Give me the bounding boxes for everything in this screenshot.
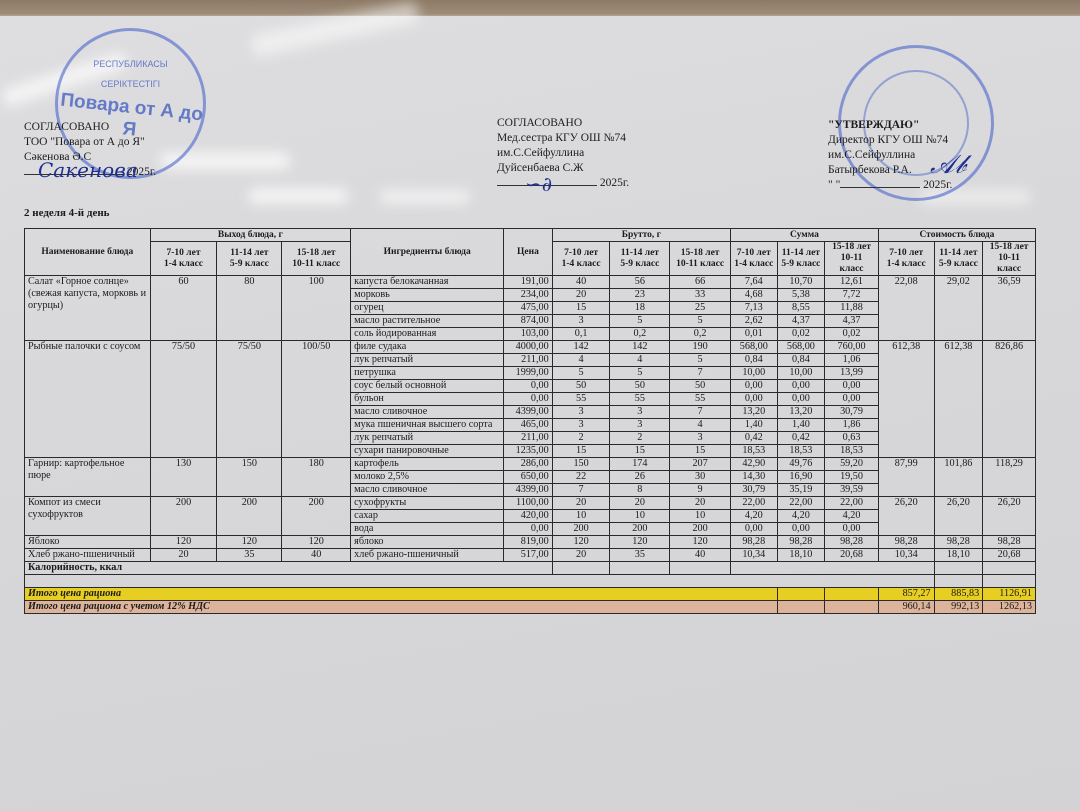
ingredient-name: яблоко bbox=[351, 536, 504, 549]
ingredient-brutto: 55 bbox=[610, 393, 670, 406]
ingredient-sum: 5,38 bbox=[777, 289, 825, 302]
glare-reflection bbox=[380, 190, 470, 204]
dish-yield: 120 bbox=[282, 536, 351, 549]
dish-yield: 20 bbox=[150, 549, 217, 562]
ingredient-sum: 18,53 bbox=[825, 445, 879, 458]
ingredient-sum: 568,00 bbox=[777, 341, 825, 354]
ingredient-price: 1999,00 bbox=[504, 367, 553, 380]
ingredient-sum: 4,37 bbox=[825, 315, 879, 328]
dish-cost: 18,10 bbox=[934, 549, 983, 562]
ingredient-sum: 10,34 bbox=[730, 549, 777, 562]
ingredient-sum: 10,00 bbox=[730, 367, 777, 380]
header-age-group: 11-14 лет5-9 класс bbox=[217, 242, 282, 276]
dish-name: Хлеб ржано-пшеничный bbox=[25, 549, 151, 562]
ingredient-brutto: 3 bbox=[610, 406, 670, 419]
ingredient-sum: 4,68 bbox=[730, 289, 777, 302]
ingredient-name: сахар bbox=[351, 510, 504, 523]
dish-yield: 180 bbox=[282, 458, 351, 497]
calories-value bbox=[983, 562, 1036, 575]
ingredient-sum: 0,00 bbox=[825, 523, 879, 536]
ingredient-name: масло сливочное bbox=[351, 406, 504, 419]
dish-cost: 98,28 bbox=[934, 536, 983, 549]
calories-value bbox=[934, 562, 983, 575]
ingredient-brutto: 20 bbox=[670, 497, 731, 510]
ingredient-brutto: 5 bbox=[610, 367, 670, 380]
ingredient-name: молоко 2,5% bbox=[351, 471, 504, 484]
ingredient-brutto: 190 bbox=[670, 341, 731, 354]
ingredient-sum: 49,76 bbox=[777, 458, 825, 471]
approval-org: ТОО "Повара от А до Я" bbox=[24, 135, 156, 150]
ingredient-brutto: 56 bbox=[610, 276, 670, 289]
ingredient-price: 0,00 bbox=[504, 393, 553, 406]
header-age-group: 11-14 лет5-9 класс bbox=[610, 242, 670, 276]
ingredient-sum: 4,20 bbox=[777, 510, 825, 523]
ingredient-brutto: 200 bbox=[610, 523, 670, 536]
dish-yield: 75/50 bbox=[150, 341, 217, 458]
table-body: Салат «Горное солнце» (свежая капуста, м… bbox=[25, 276, 1036, 614]
ingredient-name: бульон bbox=[351, 393, 504, 406]
ingredient-sum: 0,00 bbox=[777, 523, 825, 536]
ingredient-sum: 1,06 bbox=[825, 354, 879, 367]
ingredient-brutto: 15 bbox=[610, 445, 670, 458]
dish-cost: 22,08 bbox=[878, 276, 934, 341]
table-row: Гарнир: картофельное пюре130150180картоф… bbox=[25, 458, 1036, 471]
ingredient-sum: 13,20 bbox=[730, 406, 777, 419]
ingredient-sum: 16,90 bbox=[777, 471, 825, 484]
ingredient-sum: 22,00 bbox=[825, 497, 879, 510]
ingredient-sum: 0,00 bbox=[825, 380, 879, 393]
approval-block-center: СОГЛАСОВАНО Мед.сестра КГУ ОШ №74 им.С.С… bbox=[497, 116, 629, 191]
ingredient-sum: 568,00 bbox=[730, 341, 777, 354]
ingredient-name: сухофрукты bbox=[351, 497, 504, 510]
ingredient-price: 234,00 bbox=[504, 289, 553, 302]
ingredient-brutto: 40 bbox=[552, 276, 610, 289]
ingredient-price: 420,00 bbox=[504, 510, 553, 523]
dish-name: Рыбные палочки с соусом bbox=[25, 341, 151, 458]
ingredient-name: капуста белокачанная bbox=[351, 276, 504, 289]
ingredient-name: соль йодированная bbox=[351, 328, 504, 341]
ingredient-price: 0,00 bbox=[504, 523, 553, 536]
dish-yield: 100 bbox=[282, 276, 351, 341]
ingredient-name: морковь bbox=[351, 289, 504, 302]
header-age-group: 7-10 лет1-4 класс bbox=[730, 242, 777, 276]
header-age-group: 15-18 лет10-11 класс bbox=[825, 242, 879, 276]
ingredient-brutto: 22 bbox=[552, 471, 610, 484]
ingredient-name: картофель bbox=[351, 458, 504, 471]
ingredient-brutto: 18 bbox=[610, 302, 670, 315]
signature-right: 𝒜𝒷 bbox=[930, 150, 966, 181]
ingredient-price: 4000,00 bbox=[504, 341, 553, 354]
ingredient-sum: 7,64 bbox=[730, 276, 777, 289]
ingredient-sum: 11,88 bbox=[825, 302, 879, 315]
ingredient-brutto: 15 bbox=[552, 302, 610, 315]
ingredient-sum: 39,59 bbox=[825, 484, 879, 497]
total-value: 857,27 bbox=[878, 588, 934, 601]
ingredient-brutto: 20 bbox=[610, 497, 670, 510]
ingredient-brutto: 0,1 bbox=[552, 328, 610, 341]
ingredient-sum: 0,02 bbox=[825, 328, 879, 341]
ingredient-sum: 10,70 bbox=[777, 276, 825, 289]
approval-year: 2025г. bbox=[600, 177, 629, 189]
stamp-text: РЕСПУБЛИКАСЫ bbox=[58, 59, 203, 69]
ingredient-brutto: 120 bbox=[610, 536, 670, 549]
ingredient-sum: 12,61 bbox=[825, 276, 879, 289]
ingredient-sum: 1,86 bbox=[825, 419, 879, 432]
dish-yield: 200 bbox=[217, 497, 282, 536]
ingredient-price: 1100,00 bbox=[504, 497, 553, 510]
ingredient-sum: 30,79 bbox=[730, 484, 777, 497]
ingredient-sum: 0,42 bbox=[730, 432, 777, 445]
ingredient-brutto: 2 bbox=[610, 432, 670, 445]
ingredient-brutto: 55 bbox=[670, 393, 731, 406]
dish-cost: 36,59 bbox=[983, 276, 1036, 341]
ingredient-brutto: 142 bbox=[552, 341, 610, 354]
dish-cost: 87,99 bbox=[878, 458, 934, 497]
ingredient-brutto: 20 bbox=[552, 497, 610, 510]
signature-line bbox=[840, 187, 920, 188]
table-row: Салат «Горное солнце» (свежая капуста, м… bbox=[25, 276, 1036, 289]
ingredient-brutto: 5 bbox=[552, 367, 610, 380]
ingredient-brutto: 15 bbox=[670, 445, 731, 458]
table-header-row: Наименование блюда Выход блюда, г Ингред… bbox=[25, 229, 1036, 242]
ingredient-price: 0,00 bbox=[504, 380, 553, 393]
dish-yield: 200 bbox=[282, 497, 351, 536]
ingredient-name: мука пшеничная высшего сорта bbox=[351, 419, 504, 432]
ingredient-brutto: 0,2 bbox=[610, 328, 670, 341]
ingredient-price: 191,00 bbox=[504, 276, 553, 289]
dish-name: Салат «Горное солнце» (свежая капуста, м… bbox=[25, 276, 151, 341]
total-value: 992,13 bbox=[934, 601, 983, 614]
header-age-group: 7-10 лет1-4 класс bbox=[552, 242, 610, 276]
header-age-group: 15-18 лет10-11 класс bbox=[983, 242, 1036, 276]
dish-cost: 612,38 bbox=[878, 341, 934, 458]
ingredient-brutto: 4 bbox=[552, 354, 610, 367]
signature-center: ∽∂ bbox=[525, 172, 552, 196]
approval-school: им.С.Сейфуллина bbox=[497, 146, 629, 161]
dish-cost: 826,86 bbox=[983, 341, 1036, 458]
dish-name: Компот из смеси сухофруктов bbox=[25, 497, 151, 536]
ingredient-price: 211,00 bbox=[504, 432, 553, 445]
approval-title: СОГЛАСОВАНО bbox=[24, 120, 156, 135]
dish-cost: 29,02 bbox=[934, 276, 983, 341]
ingredient-brutto: 20 bbox=[552, 549, 610, 562]
ingredient-sum: 22,00 bbox=[777, 497, 825, 510]
ingredient-brutto: 7 bbox=[670, 406, 731, 419]
ingredient-brutto: 3 bbox=[552, 406, 610, 419]
ingredient-price: 517,00 bbox=[504, 549, 553, 562]
ingredient-brutto: 7 bbox=[552, 484, 610, 497]
calories-value bbox=[730, 562, 934, 575]
ingredient-sum: 14,30 bbox=[730, 471, 777, 484]
ingredient-sum: 0,00 bbox=[730, 380, 777, 393]
ingredient-brutto: 50 bbox=[610, 380, 670, 393]
dish-cost: 98,28 bbox=[878, 536, 934, 549]
ingredient-price: 103,00 bbox=[504, 328, 553, 341]
dish-name: Яблоко bbox=[25, 536, 151, 549]
table-row: Хлеб ржано-пшеничный203540хлеб ржано-пше… bbox=[25, 549, 1036, 562]
dish-cost: 26,20 bbox=[878, 497, 934, 536]
ingredient-sum: 0,00 bbox=[777, 380, 825, 393]
ingredient-sum: 760,00 bbox=[825, 341, 879, 354]
ingredient-sum: 13,99 bbox=[825, 367, 879, 380]
ingredient-brutto: 142 bbox=[610, 341, 670, 354]
dish-yield: 130 bbox=[150, 458, 217, 497]
ingredient-brutto: 66 bbox=[670, 276, 731, 289]
ingredient-name: вода bbox=[351, 523, 504, 536]
total-empty bbox=[825, 588, 879, 601]
ingredient-sum: 0,84 bbox=[777, 354, 825, 367]
total-vat-row: Итого цена рациона с учетом 12% НДС960,1… bbox=[25, 601, 1036, 614]
header-sum: Сумма bbox=[730, 229, 878, 242]
dish-name: Гарнир: картофельное пюре bbox=[25, 458, 151, 497]
ingredient-sum: 18,53 bbox=[730, 445, 777, 458]
dish-yield: 100/50 bbox=[282, 341, 351, 458]
ingredient-brutto: 0,2 bbox=[670, 328, 731, 341]
dish-cost: 26,20 bbox=[934, 497, 983, 536]
dish-yield: 40 bbox=[282, 549, 351, 562]
ingredient-sum: 98,28 bbox=[777, 536, 825, 549]
ingredient-brutto: 207 bbox=[670, 458, 731, 471]
ingredient-sum: 30,79 bbox=[825, 406, 879, 419]
ingredient-price: 819,00 bbox=[504, 536, 553, 549]
ingredient-brutto: 50 bbox=[670, 380, 731, 393]
ingredient-brutto: 120 bbox=[552, 536, 610, 549]
ingredient-price: 211,00 bbox=[504, 354, 553, 367]
dish-cost: 98,28 bbox=[983, 536, 1036, 549]
header-age-group: 7-10 лет1-4 класс bbox=[150, 242, 217, 276]
ingredient-sum: 0,00 bbox=[730, 393, 777, 406]
ingredient-brutto: 150 bbox=[552, 458, 610, 471]
calories-value bbox=[552, 562, 610, 575]
ingredient-price: 4399,00 bbox=[504, 406, 553, 419]
ingredient-brutto: 10 bbox=[552, 510, 610, 523]
header-brutto: Брутто, г bbox=[552, 229, 730, 242]
header-yield: Выход блюда, г bbox=[150, 229, 351, 242]
empty-cell bbox=[934, 575, 983, 588]
ingredient-sum: 0,00 bbox=[825, 393, 879, 406]
ingredient-name: масло растительное bbox=[351, 315, 504, 328]
ingredient-name: хлеб ржано-пшеничный bbox=[351, 549, 504, 562]
ingredient-sum: 35,19 bbox=[777, 484, 825, 497]
approval-person: Дуйсенбаева С.Ж bbox=[497, 161, 629, 176]
ingredient-sum: 8,55 bbox=[777, 302, 825, 315]
ingredient-sum: 98,28 bbox=[825, 536, 879, 549]
dish-cost: 101,86 bbox=[934, 458, 983, 497]
ingredient-brutto: 10 bbox=[670, 510, 731, 523]
total-label: Итого цена рациона с учетом 12% НДС bbox=[25, 601, 778, 614]
approval-title: СОГЛАСОВАНО bbox=[497, 116, 629, 131]
ingredient-sum: 0,00 bbox=[730, 523, 777, 536]
calories-value bbox=[610, 562, 670, 575]
ingredient-price: 1235,00 bbox=[504, 445, 553, 458]
ingredient-name: масло сливочное bbox=[351, 484, 504, 497]
ingredient-sum: 0,01 bbox=[730, 328, 777, 341]
total-empty bbox=[825, 601, 879, 614]
ingredient-brutto: 5 bbox=[610, 315, 670, 328]
ingredient-brutto: 30 bbox=[670, 471, 731, 484]
table-row: Рыбные палочки с соусом75/5075/50100/50ф… bbox=[25, 341, 1036, 354]
ingredient-brutto: 5 bbox=[670, 315, 731, 328]
ingredient-sum: 18,10 bbox=[777, 549, 825, 562]
ingredient-sum: 19,50 bbox=[825, 471, 879, 484]
ingredient-name: огурец bbox=[351, 302, 504, 315]
ingredient-sum: 0,02 bbox=[777, 328, 825, 341]
ingredient-brutto: 25 bbox=[670, 302, 731, 315]
dish-yield: 150 bbox=[217, 458, 282, 497]
ingredient-sum: 4,20 bbox=[730, 510, 777, 523]
header-price: Цена bbox=[504, 229, 553, 276]
ingredient-sum: 13,20 bbox=[777, 406, 825, 419]
dish-yield: 120 bbox=[150, 536, 217, 549]
header-ingredients: Ингредиенты блюда bbox=[351, 229, 504, 276]
ingredient-sum: 4,20 bbox=[825, 510, 879, 523]
approval-title: "УТВЕРЖДАЮ" bbox=[828, 118, 952, 133]
ingredient-brutto: 23 bbox=[610, 289, 670, 302]
header-age-group: 7-10 лет1-4 класс bbox=[878, 242, 934, 276]
dish-cost: 118,29 bbox=[983, 458, 1036, 497]
table-row: Компот из смеси сухофруктов200200200сухо… bbox=[25, 497, 1036, 510]
week-day-label: 2 неделя 4-й день bbox=[24, 207, 110, 219]
dish-yield: 80 bbox=[217, 276, 282, 341]
calories-row: Калорийность, ккал bbox=[25, 562, 1036, 575]
dish-cost: 612,38 bbox=[934, 341, 983, 458]
ingredient-name: лук репчатый bbox=[351, 354, 504, 367]
ingredient-sum: 42,90 bbox=[730, 458, 777, 471]
ingredient-brutto: 4 bbox=[610, 354, 670, 367]
ingredient-sum: 59,20 bbox=[825, 458, 879, 471]
ingredient-brutto: 174 bbox=[610, 458, 670, 471]
dish-yield: 200 bbox=[150, 497, 217, 536]
ingredient-brutto: 200 bbox=[552, 523, 610, 536]
ingredient-brutto: 3 bbox=[670, 432, 731, 445]
empty-cell bbox=[25, 575, 935, 588]
ingredient-sum: 7,13 bbox=[730, 302, 777, 315]
ingredient-brutto: 3 bbox=[552, 315, 610, 328]
ingredient-sum: 18,53 bbox=[777, 445, 825, 458]
ingredient-brutto: 33 bbox=[670, 289, 731, 302]
ingredient-brutto: 20 bbox=[552, 289, 610, 302]
ingredient-price: 874,00 bbox=[504, 315, 553, 328]
total-empty bbox=[777, 601, 825, 614]
dish-cost: 26,20 bbox=[983, 497, 1036, 536]
ingredient-brutto: 55 bbox=[552, 393, 610, 406]
ingredient-brutto: 8 bbox=[610, 484, 670, 497]
total-value: 1126,91 bbox=[983, 588, 1036, 601]
dish-yield: 60 bbox=[150, 276, 217, 341]
total-row: Итого цена рациона857,27885,831126,91 bbox=[25, 588, 1036, 601]
ingredient-price: 650,00 bbox=[504, 471, 553, 484]
dish-cost: 10,34 bbox=[878, 549, 934, 562]
approval-position: Мед.сестра КГУ ОШ №74 bbox=[497, 131, 629, 146]
dish-yield: 35 bbox=[217, 549, 282, 562]
ingredient-sum: 1,40 bbox=[777, 419, 825, 432]
ingredient-price: 4399,00 bbox=[504, 484, 553, 497]
ingredient-brutto: 26 bbox=[610, 471, 670, 484]
ingredient-brutto: 4 bbox=[670, 419, 731, 432]
ingredient-name: лук репчатый bbox=[351, 432, 504, 445]
header-age-group: 15-18 лет10-11 класс bbox=[670, 242, 731, 276]
calories-value bbox=[670, 562, 731, 575]
ingredient-sum: 98,28 bbox=[730, 536, 777, 549]
ingredient-brutto: 3 bbox=[552, 419, 610, 432]
ingredient-brutto: 35 bbox=[610, 549, 670, 562]
ingredient-brutto: 3 bbox=[610, 419, 670, 432]
ingredient-sum: 4,37 bbox=[777, 315, 825, 328]
ingredient-sum: 0,00 bbox=[777, 393, 825, 406]
header-age-group: 11-14 лет5-9 класс bbox=[934, 242, 983, 276]
total-label: Итого цена рациона bbox=[25, 588, 778, 601]
total-value: 960,14 bbox=[878, 601, 934, 614]
header-dish: Наименование блюда bbox=[25, 229, 151, 276]
ingredient-brutto: 50 bbox=[552, 380, 610, 393]
ingredient-name: петрушка bbox=[351, 367, 504, 380]
empty-row bbox=[25, 575, 1036, 588]
ingredient-brutto: 9 bbox=[670, 484, 731, 497]
ingredient-name: филе судака bbox=[351, 341, 504, 354]
approval-position: Директор КГУ ОШ №74 bbox=[828, 133, 952, 148]
stamp-text: СЕРІКТЕСТІГІ bbox=[58, 79, 203, 89]
ingredient-sum: 7,72 bbox=[825, 289, 879, 302]
ingredient-brutto: 2 bbox=[552, 432, 610, 445]
ingredient-sum: 1,40 bbox=[730, 419, 777, 432]
dish-yield: 120 bbox=[217, 536, 282, 549]
ingredient-price: 475,00 bbox=[504, 302, 553, 315]
date-quote: " " bbox=[828, 179, 840, 191]
dish-yield: 75/50 bbox=[217, 341, 282, 458]
dish-cost: 20,68 bbox=[983, 549, 1036, 562]
ingredient-brutto: 200 bbox=[670, 523, 731, 536]
ingredient-sum: 20,68 bbox=[825, 549, 879, 562]
ingredient-sum: 22,00 bbox=[730, 497, 777, 510]
ingredient-sum: 0,84 bbox=[730, 354, 777, 367]
header-age-group: 15-18 лет10-11 класс bbox=[282, 242, 351, 276]
ingredient-brutto: 120 bbox=[670, 536, 731, 549]
table-row: Яблоко120120120яблоко819,0012012012098,2… bbox=[25, 536, 1036, 549]
ingredient-price: 286,00 bbox=[504, 458, 553, 471]
ingredient-brutto: 15 bbox=[552, 445, 610, 458]
ingredient-sum: 0,42 bbox=[777, 432, 825, 445]
calories-label: Калорийность, ккал bbox=[25, 562, 553, 575]
empty-cell bbox=[983, 575, 1036, 588]
ingredient-sum: 2,62 bbox=[730, 315, 777, 328]
menu-table: Наименование блюда Выход блюда, г Ингред… bbox=[24, 228, 1036, 614]
ingredient-brutto: 10 bbox=[610, 510, 670, 523]
total-value: 1262,13 bbox=[983, 601, 1036, 614]
ingredient-brutto: 7 bbox=[670, 367, 731, 380]
ingredient-sum: 10,00 bbox=[777, 367, 825, 380]
total-value: 885,83 bbox=[934, 588, 983, 601]
signature-left: Сакенова bbox=[38, 158, 138, 182]
ingredient-brutto: 40 bbox=[670, 549, 731, 562]
glare-reflection bbox=[248, 188, 348, 204]
ingredient-sum: 0,63 bbox=[825, 432, 879, 445]
ingredient-name: соус белый основной bbox=[351, 380, 504, 393]
ingredient-brutto: 5 bbox=[670, 354, 731, 367]
ingredient-name: сухари панировочные bbox=[351, 445, 504, 458]
header-cost: Стоимость блюда bbox=[878, 229, 1035, 242]
ingredient-price: 465,00 bbox=[504, 419, 553, 432]
header-age-group: 11-14 лет5-9 класс bbox=[777, 242, 825, 276]
total-empty bbox=[777, 588, 825, 601]
